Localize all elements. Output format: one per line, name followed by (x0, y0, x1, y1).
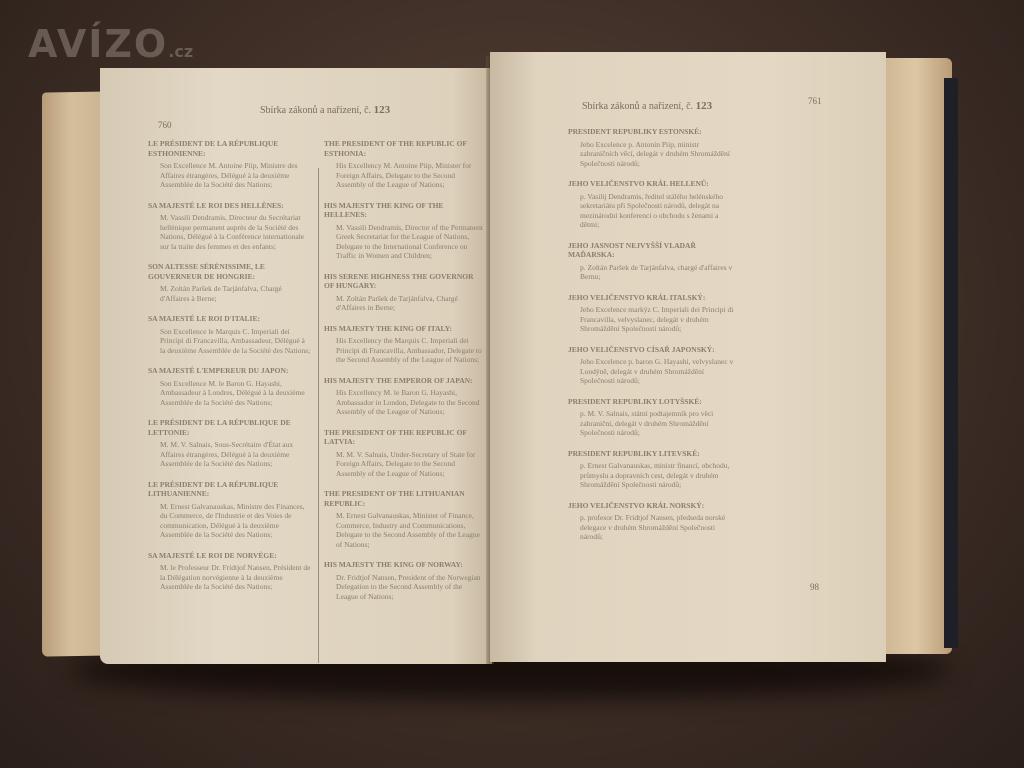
footer-mark: 98 (810, 582, 819, 592)
column-divider (318, 168, 319, 663)
english-column: The President of the Republic of Esthoni… (324, 128, 484, 601)
entry-body: His Excellency M. Antoine Piip, Minister… (324, 161, 484, 190)
entry-heading: The President of the Republic of Latvia: (324, 428, 484, 447)
entry-body: M. Vassili Dendramis, Director of the Pe… (324, 223, 484, 261)
entry-heading: The President of the Lithuanian Republic… (324, 489, 484, 508)
entry-heading: Son Altesse Sérénissime, le Gouverneur d… (148, 262, 312, 281)
running-head-text: Sbírka zákonů a nařízení, č. (582, 101, 693, 112)
entry-heading: President Republiky Litevské: (568, 449, 738, 459)
entry-body: M. Zoltán Paršek de Tarjánfalva, Chargé … (324, 294, 484, 313)
entry-heading: Sa Majesté le Roi de Norvège: (148, 551, 312, 561)
book-page-edges-right (880, 58, 952, 654)
right-running-head: Sbírka zákonů a nařízení, č. 123 (582, 100, 712, 112)
entry-heading: Jeho Veličenstvo král Hellenů: (568, 179, 738, 189)
entry-heading: Sa Majesté l'Empereur du Japon: (148, 366, 312, 376)
czech-column: President Republiky Estonské:Jeho Excele… (568, 116, 738, 542)
entry-heading: Jeho Veličenstvo král norský: (568, 501, 738, 511)
entry-body: His Excellency the Marquis C. Imperiali … (324, 336, 484, 365)
left-running-head: Sbírka zákonů a nařízení, č. 123 (260, 104, 390, 116)
entry-body: M. Vassili Dendramis, Directeur du Secré… (148, 213, 312, 251)
watermark-brand: AVÍZO (28, 22, 168, 66)
entry-heading: President Republiky Lotyšské: (568, 397, 738, 407)
entry-heading: Le Président de la République de Lettoni… (148, 418, 312, 437)
entry-body: p. profesor Dr. Fridtjof Nansen, předsed… (568, 513, 738, 542)
entry-body: His Excellency M. le Baron G. Hayashi, A… (324, 388, 484, 417)
running-head-number: 123 (696, 100, 713, 112)
entry-heading: President Republiky Estonské: (568, 127, 738, 137)
watermark-tld: .cz (168, 42, 193, 61)
entry-heading: Le Président de la République Esthonienn… (148, 139, 312, 158)
entry-heading: His Majesty the King of Norway: (324, 560, 484, 570)
left-page: 760 Sbírka zákonů a nařízení, č. 123 Le … (100, 68, 492, 664)
entry-heading: Sa Majesté le Roi d'Italie: (148, 314, 312, 324)
entry-heading: Le Président de la République Lithuanien… (148, 480, 312, 499)
entry-heading: Jeho Jasnost nejvyšší vladař Maďarska: (568, 241, 738, 260)
entry-body: M. M. V. Salnais, Under-Secretary of Sta… (324, 450, 484, 479)
right-page-number: 761 (808, 96, 822, 106)
entry-body: Son Excellence le Marquis C. Imperiali d… (148, 327, 312, 356)
entry-body: Son Excellence M. le Baron G. Hayashi, A… (148, 379, 312, 408)
entry-body: p. M. V. Salnais, státní podtajemník pro… (568, 409, 738, 438)
book-cover-edge (944, 78, 958, 648)
entry-body: Dr. Fridtjof Nansen, President of the No… (324, 573, 484, 602)
entry-heading: His Majesty the Emperor of Japan: (324, 376, 484, 386)
entry-body: p. Zoltán Paršek de Tarjánfalva, chargé … (568, 263, 738, 282)
entry-heading: Jeho Veličenstvo císař japonský: (568, 345, 738, 355)
right-page: 761 Sbírka zákonů a nařízení, č. 123 Pre… (490, 52, 886, 662)
entry-body: M. M. V. Salnais, Sous-Secrétaire d'État… (148, 440, 312, 469)
entry-body: p. Vasilij Dendramis, ředitel stálého he… (568, 192, 738, 230)
french-column: Le Président de la République Esthonienn… (148, 128, 312, 592)
entry-heading: His Majesty the King of Italy: (324, 324, 484, 334)
entry-body: M. Ernest Galvanauskas, Minister of Fina… (324, 511, 484, 549)
entry-body: Jeho Excelence p. baron G. Hayashi, velv… (568, 357, 738, 386)
entry-heading: The President of the Republic of Esthoni… (324, 139, 484, 158)
entry-body: M. le Professeur Dr. Fridtjof Nansen, Pr… (148, 563, 312, 592)
entry-heading: His Majesty the King of the Hellenes: (324, 201, 484, 220)
entry-heading: Jeho Veličenstvo král italský: (568, 293, 738, 303)
watermark-logo: AVÍZO.cz (28, 22, 193, 66)
entry-heading: Sa Majesté le Roi des Hellènes: (148, 201, 312, 211)
entry-body: Jeho Excelence p. Antonín Piip, ministr … (568, 140, 738, 169)
entry-body: Son Excellence M. Antoine Piip, Ministre… (148, 161, 312, 190)
entry-heading: His Serene Highness the Governor of Hung… (324, 272, 484, 291)
entry-body: Jeho Excelence markýz C. Imperiali dei P… (568, 305, 738, 334)
entry-body: p. Ernest Galvanauskas, ministr financí,… (568, 461, 738, 490)
entry-body: M. Ernest Galvanauskas, Ministre des Fin… (148, 502, 312, 540)
entry-body: M. Zoltán Paršek de Tarjánfalva, Chargé … (148, 284, 312, 303)
running-head-text: Sbírka zákonů a nařízení, č. (260, 105, 371, 116)
running-head-number: 123 (374, 104, 391, 116)
